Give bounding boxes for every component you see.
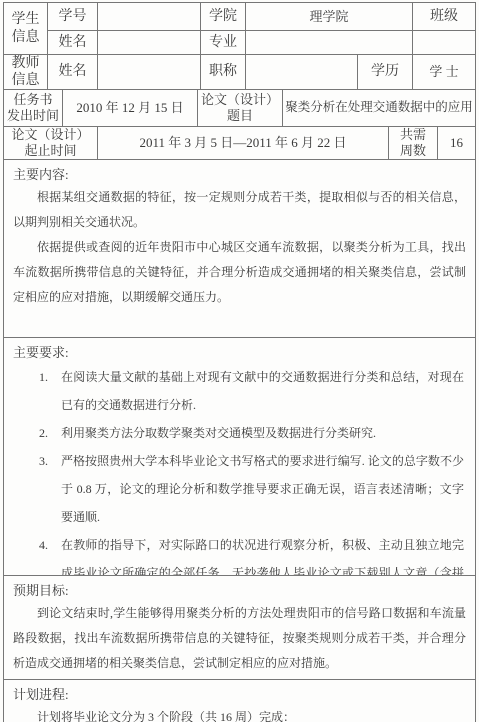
teacher-name-label: 姓名 xyxy=(48,55,98,89)
student-id-value xyxy=(98,3,201,30)
topic-value: 聚类分析在处理交通数据中的应用 xyxy=(283,90,475,126)
major-value xyxy=(246,31,413,54)
requirement-item: 4. 在教师的指导下，对实际路口的状况进行观察分析，积极、主动且独立地完成毕业论… xyxy=(39,531,466,576)
schedule-paragraph: 计划将毕业论文分为 3 个阶段（共 16 周）完成： xyxy=(13,705,466,722)
issue-date-value: 2010 年 12 月 15 日 xyxy=(63,90,198,126)
goals-section: 预期目标: 到论文结束时,学生能够得用聚类分析的方法处理贵阳市的信号路口数据和车… xyxy=(4,576,475,680)
requirement-text: 严格按照贵州大学本科毕业论文书写格式的要求进行编写. 论文的总字数不少于 0.8… xyxy=(61,447,466,531)
weeks-value: 16 xyxy=(438,127,475,159)
requirement-item: 1. 在阅读大量文献的基础上对现有文献中的交通数据进行分类和总结，对现在已有的交… xyxy=(39,363,466,419)
teacher-info-row: 教师 信息 姓名 职称 学历 学 士 xyxy=(4,55,475,90)
thesis-task-form-page: 学生 信息 学号 学院 理学院 班级 姓名 专业 xyxy=(0,0,479,722)
teacher-name-value xyxy=(98,55,201,89)
schedule-section: 计划进程: 计划将毕业论文分为 3 个阶段（共 16 周）完成： xyxy=(4,680,475,722)
teacher-title-value xyxy=(246,55,358,89)
college-value: 理学院 xyxy=(246,3,413,30)
class-label: 班级 xyxy=(413,3,475,30)
student-name-value xyxy=(98,31,201,54)
requirements-section: 主要要求: 1. 在阅读大量文献的基础上对现有文献中的交通数据进行分类和总结，对… xyxy=(4,338,475,576)
requirement-text: 利用聚类方法分取数学聚类对交通模型及数据进行分类研究. xyxy=(61,419,466,447)
requirement-number: 3. xyxy=(39,447,61,531)
requirement-number: 4. xyxy=(39,531,61,576)
degree-label: 学历 xyxy=(358,55,413,89)
schedule-title: 计划进程: xyxy=(13,684,466,705)
issue-topic-row: 任务书 发出时间 2010 年 12 月 15 日 论文（设计） 题目 聚类分析… xyxy=(4,90,475,127)
student-rows: 学号 学院 理学院 班级 姓名 专业 xyxy=(48,3,475,54)
requirements-title: 主要要求: xyxy=(13,342,466,363)
student-info-block: 学生 信息 学号 学院 理学院 班级 姓名 专业 xyxy=(4,3,475,55)
requirement-number: 1. xyxy=(39,363,61,419)
issue-date-label: 任务书 发出时间 xyxy=(4,90,63,126)
main-content-paragraph: 依据提供或查阅的近年贵阳市中心城区交通车流数据，以聚类分析为工具，找出车流数据所… xyxy=(13,235,466,310)
teacher-title-label: 职称 xyxy=(201,55,246,89)
duration-value: 2011 年 3 月 5 日—2011 年 6 月 22 日 xyxy=(98,127,389,159)
main-content-paragraph: 根据某组交通数据的特征，按一定规则分成若干类，提取相似与否的相关信息，以期判别相… xyxy=(13,185,466,235)
duration-label: 论文（设计） 起止时间 xyxy=(4,127,98,159)
class-value xyxy=(413,31,475,54)
student-name-label: 姓名 xyxy=(48,31,98,54)
student-group-label: 学生 信息 xyxy=(4,3,48,54)
requirement-number: 2. xyxy=(39,419,61,447)
requirement-item: 2. 利用聚类方法分取数学聚类对交通模型及数据进行分类研究. xyxy=(39,419,466,447)
weeks-label: 共需 周数 xyxy=(389,127,438,159)
goals-paragraph: 到论文结束时,学生能够得用聚类分析的方法处理贵阳市的信号路口数据和车流量路段数据… xyxy=(13,601,466,676)
requirement-text: 在阅读大量文献的基础上对现有文献中的交通数据进行分类和总结，对现在已有的交通数据… xyxy=(61,363,466,419)
teacher-group-label: 教师 信息 xyxy=(4,55,48,89)
student-id-label: 学号 xyxy=(48,3,98,30)
goals-title: 预期目标: xyxy=(13,580,466,601)
major-label: 专业 xyxy=(201,31,246,54)
degree-value: 学 士 xyxy=(413,55,475,89)
college-label: 学院 xyxy=(201,3,246,30)
requirement-item: 3. 严格按照贵州大学本科毕业论文书写格式的要求进行编写. 论文的总字数不少于 … xyxy=(39,447,466,531)
requirement-text: 在教师的指导下，对实际路口的状况进行观察分析，积极、主动且独立地完成毕业论文所确… xyxy=(61,531,466,576)
main-content-section: 主要内容: 根据某组交通数据的特征，按一定规则分成若干类，提取相似与否的相关信息… xyxy=(4,160,475,338)
main-content-title: 主要内容: xyxy=(13,164,466,185)
student-row-1: 学号 学院 理学院 班级 xyxy=(48,3,475,31)
task-form-table: 学生 信息 学号 学院 理学院 班级 姓名 专业 xyxy=(3,2,476,722)
topic-label: 论文（设计） 题目 xyxy=(198,90,283,126)
student-row-2: 姓名 专业 xyxy=(48,31,475,54)
duration-weeks-row: 论文（设计） 起止时间 2011 年 3 月 5 日—2011 年 6 月 22… xyxy=(4,127,475,160)
